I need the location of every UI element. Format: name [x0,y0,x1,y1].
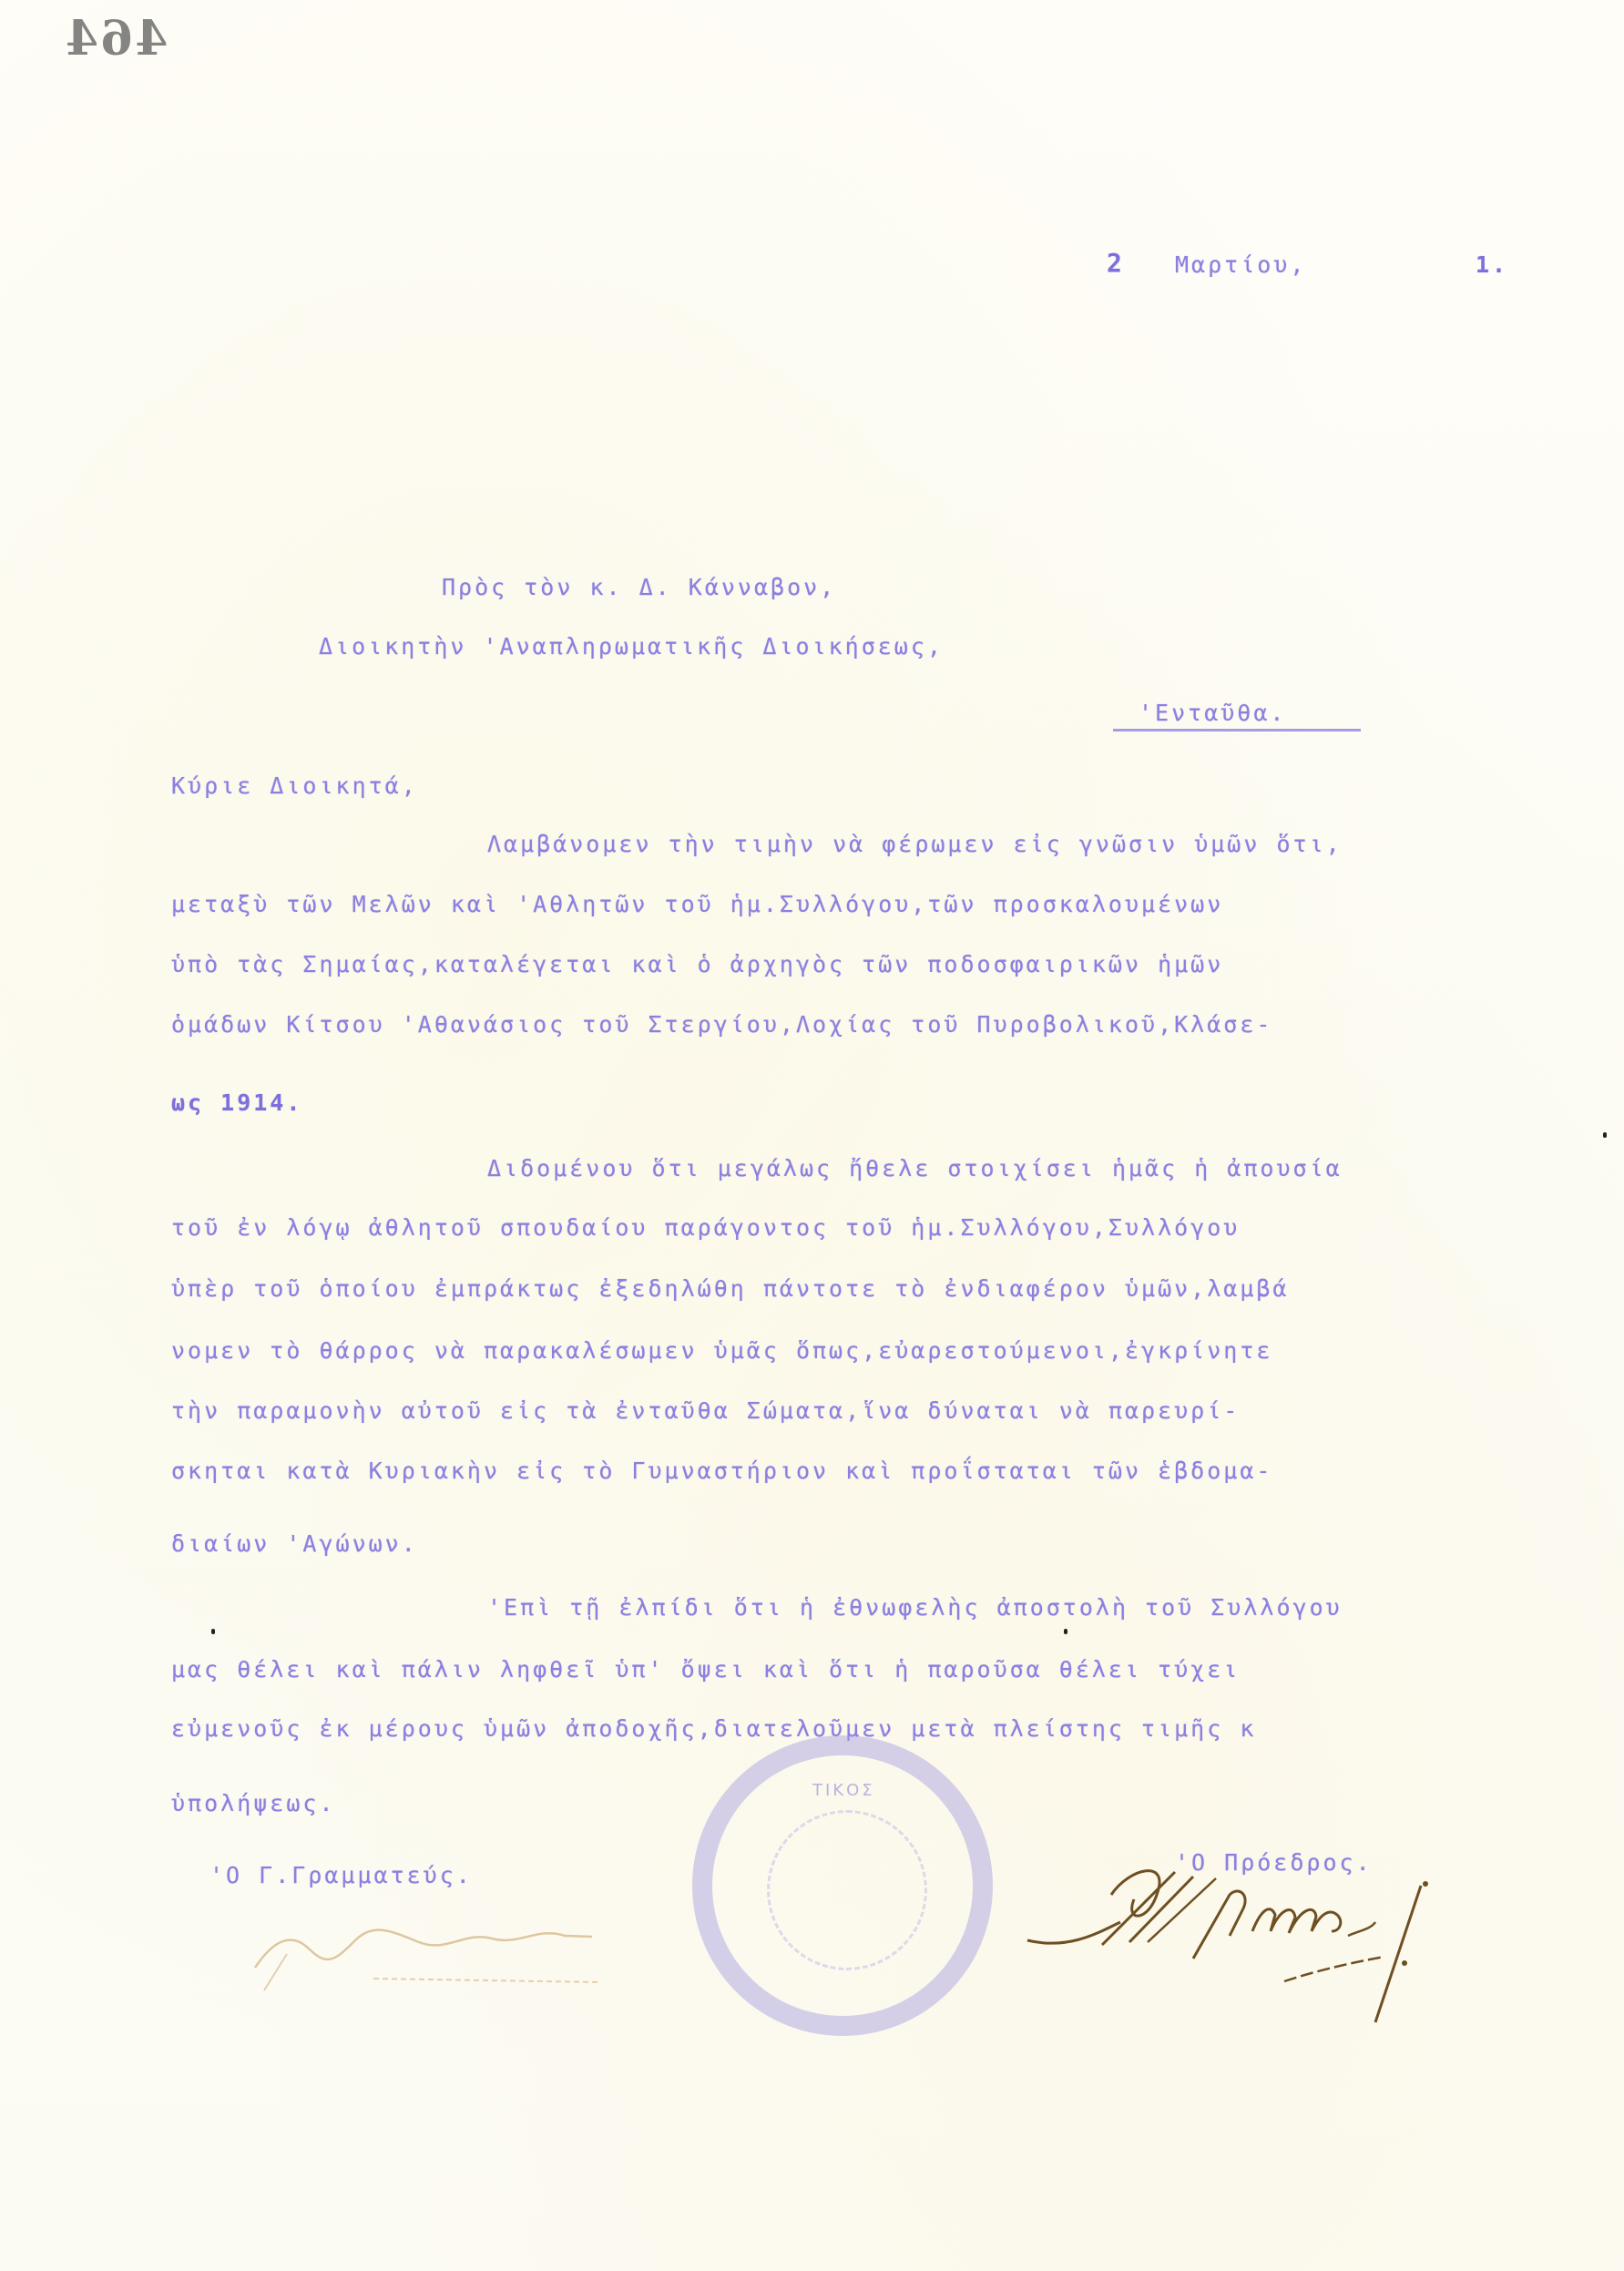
body-line: εὐμενοῦς ἐκ μέρους ὑμῶν ἀποδοχῆς,διατελο… [171,1715,1256,1742]
body-line: ὁμάδων Κίτσου 'Αθανάσιος τοῦ Στεργίου,Λο… [171,1011,1272,1038]
seal-text: ΤΙΚΟΣ [812,1781,875,1800]
body-line: τὴν παραμονὴν αὐτοῦ εἰς τὰ ἐνταῦθα Σώματ… [171,1397,1240,1424]
body-line: ὑπὲρ τοῦ ὁποίου ἐμπράκτως ἐξεδηλώθη πάντ… [171,1275,1290,1302]
body-line: ὑπὸ τὰς Σημαίας,καταλέγεται καὶ ὁ ἀρχηγὸ… [171,951,1223,977]
secretary-signature [246,1904,628,2004]
president-signature [1011,1858,1485,2050]
body-line: τοῦ ἐν λόγῳ ἀθλητοῦ σπουδαίου παράγοντος… [171,1214,1240,1241]
body-line: σκηται κατὰ Κυριακὴν εἰς τὸ Γυμναστήριον… [171,1458,1272,1484]
salutation: Κύριε Διοικητά, [171,772,418,799]
date-day: 2 [1107,248,1125,278]
ink-dot [1064,1629,1067,1634]
date-year: 1. [1476,251,1508,278]
ink-dot [1603,1132,1607,1138]
body-line: ὑπολήψεως. [171,1790,336,1816]
body-line: 'Επὶ τῇ ἐλπίδι ὅτι ἡ ἐθνωφελὴς ἀποστολὴ … [487,1594,1343,1621]
body-line: διαίων 'Αγώνων. [171,1530,418,1557]
addressee-line-3: 'Ενταῦθα. [1139,700,1286,726]
official-seal: ΤΙΚΟΣ [692,1735,993,2036]
body-line: ως 1914. [171,1089,302,1116]
body-line: Διδομένου ὅτι μεγάλως ἤθελε στοιχίσει ἡμ… [487,1155,1343,1182]
secretary-title: 'Ο Γ.Γραμματεύς. [209,1862,473,1888]
addressee-underline [1113,729,1361,731]
seal-inner-ring [767,1810,927,1970]
body-line: μας θέλει καὶ πάλιν ληφθεῖ ὑπ' ὄψει καὶ … [171,1656,1240,1683]
folio-number: 464 [64,11,169,66]
addressee-line-1: Πρὸς τὸν κ. Δ. Κάνναβον, [442,574,836,600]
body-line: Λαμβάνομεν τὴν τιμὴν νὰ φέρωμεν εἰς γνῶσ… [487,831,1343,857]
addressee-line-2: Διοικητὴν 'Αναπληρωματικῆς Διοικήσεως, [319,633,944,660]
body-line: μεταξὺ τῶν Μελῶν καὶ 'Αθλητῶν τοῦ ἡμ.Συλ… [171,891,1223,917]
ink-dot [211,1629,215,1634]
body-line: νομεν τὸ θάρρος νὰ παρακαλέσωμεν ὑμᾶς ὅπ… [171,1337,1272,1364]
date-month: Μαρτίου, [1175,251,1306,278]
